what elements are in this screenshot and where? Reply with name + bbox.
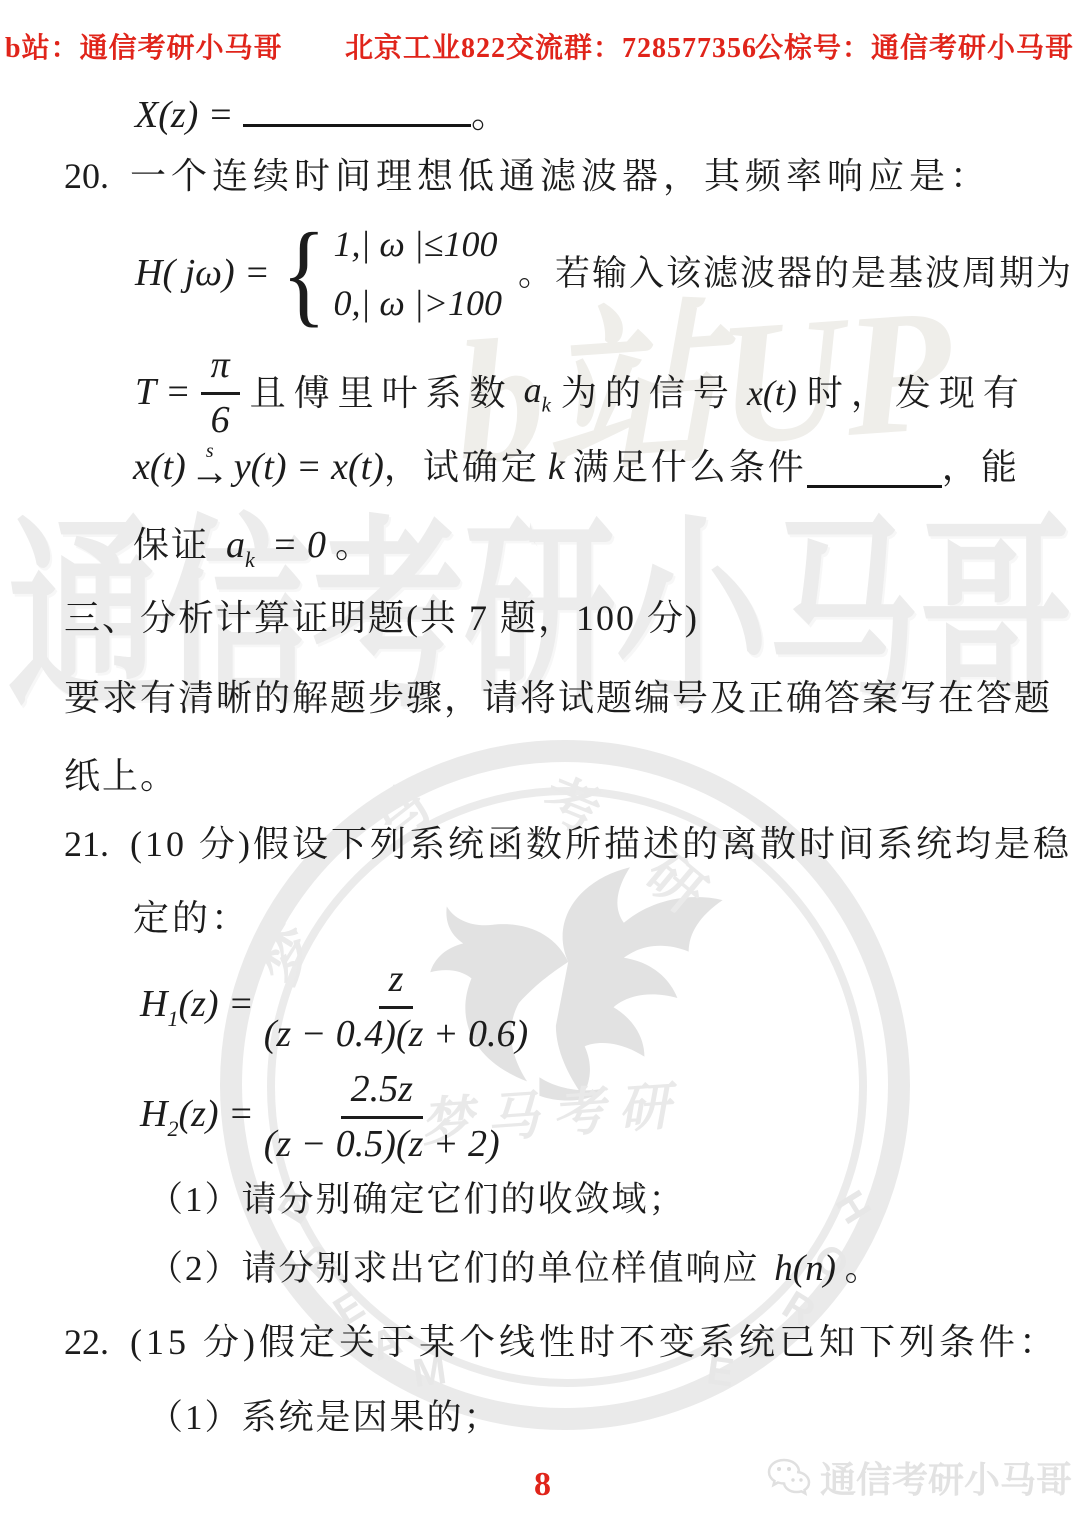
hjw-after-text: 。若输入该滤波器的是基波周期为: [518, 252, 1073, 296]
period: 。: [845, 1249, 880, 1288]
h2-numerator: 2.5z: [341, 1066, 423, 1119]
section-3-note-line1: 要求有清晰的解题步骤，请将试题编号及正确答案写在答题: [64, 676, 1052, 721]
fraction-denominator: 6: [211, 395, 230, 445]
wechat-icon: [766, 1457, 812, 1499]
cases-brace: {: [281, 222, 326, 326]
map-tail-comma: ，: [942, 445, 978, 490]
t-mid2: 为的信号: [561, 371, 737, 416]
t-mid1: 且傅里叶系数: [250, 371, 514, 416]
header-qq-group: 北京工业822交流群：728577356: [345, 26, 757, 66]
period: 。: [335, 525, 371, 565]
formula-hjw: H( jω) = { 1,| ω |≤100 0,| ω |>100 。若输入该…: [135, 222, 1073, 326]
question-21-number: 21.: [64, 822, 109, 867]
map-output: y(t) = x(t): [234, 444, 384, 492]
map-input: x(t): [133, 444, 186, 492]
question-22-line: (15 分)假定关于某个线性时不变系统已知下列条件：: [130, 1320, 1059, 1365]
h1-lhs: H1(z) =: [140, 981, 254, 1032]
arrow-icon: →: [190, 454, 230, 490]
closing-line: 保证 ak = 0 。: [133, 522, 371, 573]
hjw-case-top: 1,| ω |≤100: [333, 222, 502, 267]
section-3-title: 三、分析计算证明题(共 7 题，100 分): [64, 596, 699, 641]
hjw-cases: 1,| ω |≤100 0,| ω |>100: [333, 222, 502, 326]
question-20-intro: 一个连续时间理想低通滤波器，其频率响应是：: [130, 154, 991, 199]
formula-xz-blank: X(z) = 。: [135, 84, 509, 139]
exam-page: b站UP 通信考研小马哥 马 考 梦 研 梦马考研 D R E A M H O …: [0, 0, 1080, 1526]
pi-over-6-fraction: π 6: [201, 342, 240, 444]
hjw-lhs: H( jω) =: [135, 250, 270, 298]
footer-brand-text: 通信考研小马哥: [820, 1452, 1072, 1503]
t-lhs: T =: [135, 369, 191, 417]
question-22-number: 22.: [64, 1320, 109, 1365]
signal-xt: x(t): [747, 371, 797, 416]
map-condition: 满足什么条件: [573, 445, 807, 490]
coef-ak: ak: [226, 524, 255, 566]
h1-fraction: z (z − 0.4)(z + 0.6): [264, 956, 528, 1058]
header-wechat-account: 公棕号：通信考研小马哥: [755, 26, 1074, 66]
h2-fraction: 2.5z (z − 0.5)(z + 2): [264, 1066, 500, 1168]
seal-arc-letter: H: [826, 1183, 879, 1231]
answer-blank: [807, 447, 942, 488]
period: 。: [471, 94, 509, 136]
question-21-line1: (10 分)假设下列系统函数所描述的离散时间系统均是稳: [130, 822, 1072, 867]
map-tail: 能: [981, 445, 1017, 490]
t-tail: 时，发现有: [807, 371, 1027, 416]
map-mid: ，试确定: [384, 445, 540, 490]
question-21-part2: （2）请分别求出它们的单位样值响应 h(n) 。: [148, 1246, 880, 1292]
formula-h2: H2(z) = 2.5z (z − 0.5)(z + 2): [140, 1066, 500, 1168]
answer-blank: [243, 84, 471, 127]
header-bilibili: b站：通信考研小马哥: [5, 26, 283, 66]
page-number: 8: [534, 1466, 551, 1504]
footer-brand: 通信考研小马哥: [766, 1452, 1072, 1503]
xz-lhs: X(z) =: [135, 94, 233, 136]
question-21-part1: （1）请分别确定它们的收敛域；: [148, 1178, 686, 1222]
hn-math: h(n): [774, 1248, 836, 1289]
question-20-number: 20.: [64, 154, 109, 199]
map-var-k: k: [548, 444, 565, 492]
question-22-part1: （1）系统是因果的；: [148, 1396, 501, 1440]
h1-denominator: (z − 0.4)(z + 0.6): [264, 1009, 528, 1059]
formula-h1: H1(z) = z (z − 0.4)(z + 0.6): [140, 956, 528, 1058]
h1-numerator: z: [379, 956, 414, 1009]
t-period-line: T = π 6 且傅里叶系数 ak 为的信号 x(t) 时，发现有: [135, 342, 1027, 444]
hjw-case-bottom: 0,| ω |>100: [333, 281, 502, 326]
fraction-numerator: π: [201, 342, 240, 395]
question-21-line2: 定的：: [133, 896, 250, 941]
h2-denominator: (z − 0.5)(z + 2): [264, 1119, 500, 1169]
s-arrow: s →: [190, 446, 230, 490]
section-3-note-line2: 纸上。: [64, 754, 178, 799]
h2-lhs: H2(z) =: [140, 1091, 254, 1142]
fourier-coef: ak: [524, 368, 551, 417]
header-banner: b站：通信考研小马哥 北京工业822交流群：728577356 公棕号：通信考研…: [0, 26, 1080, 66]
mapping-line: x(t) s → y(t) = x(t) ，试确定 k 满足什么条件 ， 能: [133, 444, 1017, 492]
eq-zero: = 0: [272, 524, 326, 566]
